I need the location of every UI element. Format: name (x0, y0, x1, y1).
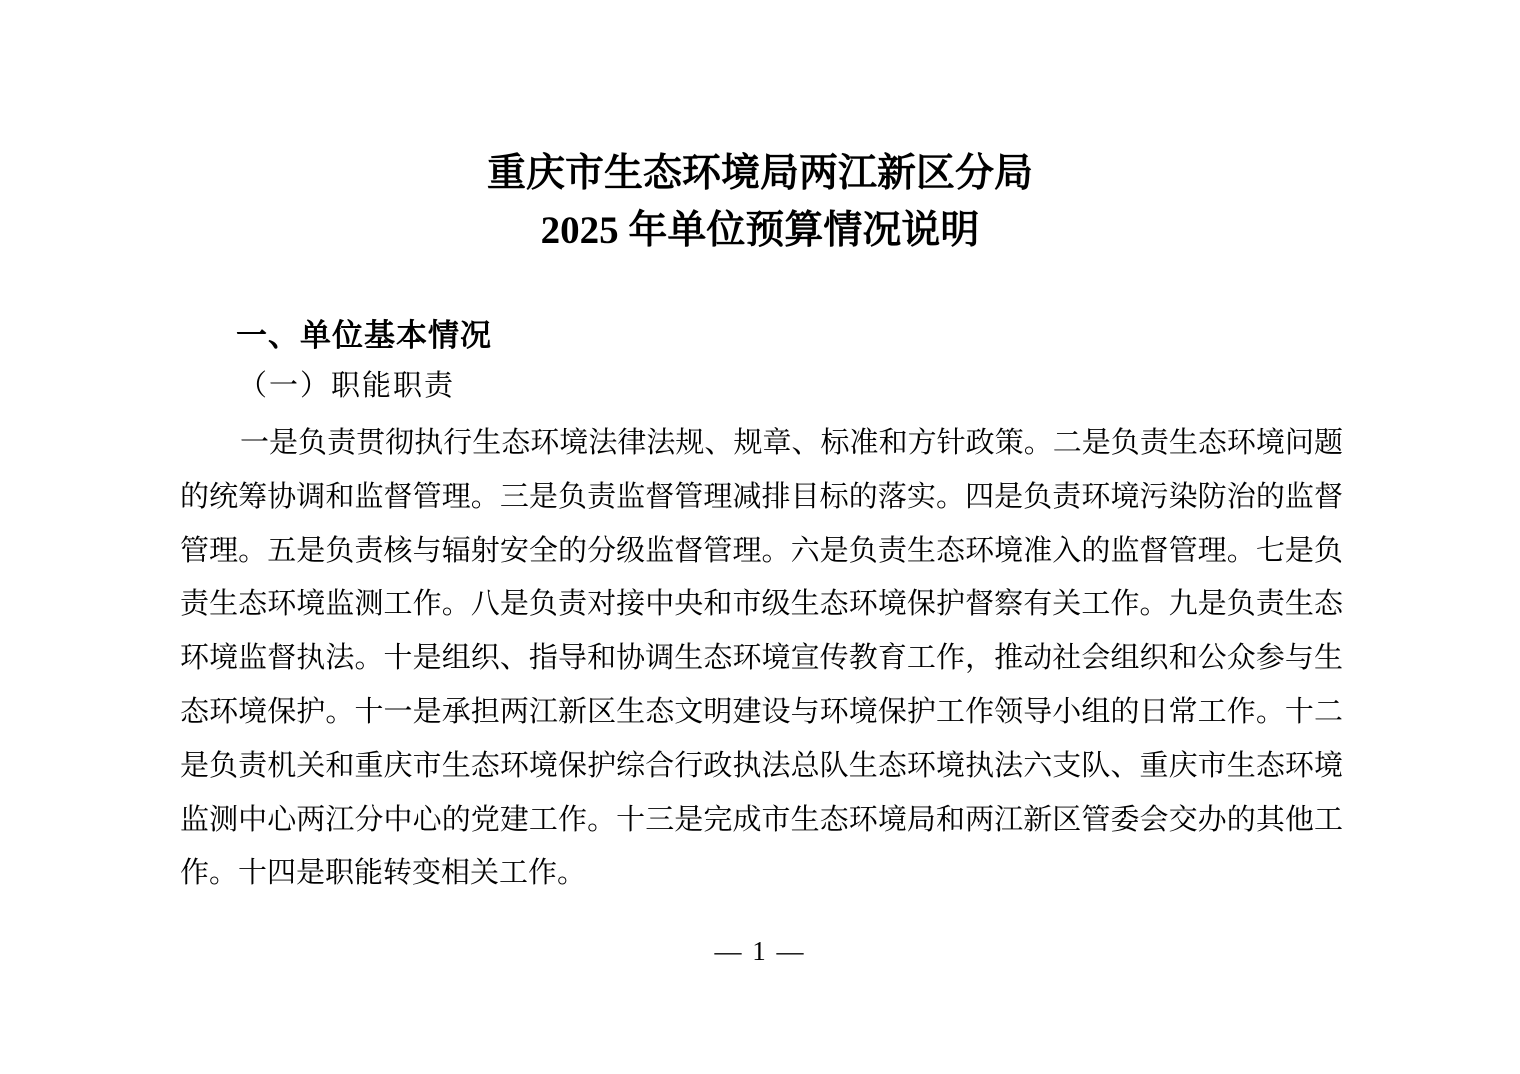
paragraph-line: 的统筹协调和监督管理。三是负责监督管理减排目标的落实。四是负责环境污染防治的监督 (180, 471, 1343, 525)
body-paragraph-duties: 一是负责贯彻执行生态环境法律法规、规章、标准和方针政策。二是负责生态环境问题 的… (180, 417, 1343, 901)
paragraph-line: 作。十四是职能转变相关工作。 (180, 847, 1343, 901)
paragraph-line: 一是负责贯彻执行生态环境法律法规、规章、标准和方针政策。二是负责生态环境问题 (180, 417, 1343, 471)
paragraph-line: 环境监督执法。十是组织、指导和协调生态环境宣传教育工作，推动社会组织和公众参与生 (180, 632, 1343, 686)
paragraph-line: 责生态环境监测工作。八是负责对接中央和市级生态环境保护督察有关工作。九是负责生态 (180, 578, 1343, 632)
document-title-line-2: 2025 年单位预算情况说明 (0, 202, 1520, 259)
document-title-line-1: 重庆市生态环境局两江新区分局 (0, 145, 1520, 202)
document-page: 重庆市生态环境局两江新区分局 2025 年单位预算情况说明 一、单位基本情况 （… (0, 0, 1520, 1074)
paragraph-line: 监测中心两江分中心的党建工作。十三是完成市生态环境局和两江新区管委会交办的其他工 (180, 794, 1343, 848)
paragraph-line: 管理。五是负责核与辐射安全的分级监督管理。六是负责生态环境准入的监督管理。七是负 (180, 525, 1343, 579)
paragraph-line: 态环境保护。十一是承担两江新区生态文明建设与环境保护工作领导小组的日常工作。十二 (180, 686, 1343, 740)
page-number: — 1 — (0, 934, 1520, 968)
paragraph-line: 是负责机关和重庆市生态环境保护综合行政执法总队生态环境执法六支队、重庆市生态环境 (180, 740, 1343, 794)
subsection-heading-duties: （一）职能职责 (180, 369, 1343, 403)
document-title: 重庆市生态环境局两江新区分局 2025 年单位预算情况说明 (0, 145, 1520, 259)
section-heading-basic-info: 一、单位基本情况 (180, 319, 1343, 353)
